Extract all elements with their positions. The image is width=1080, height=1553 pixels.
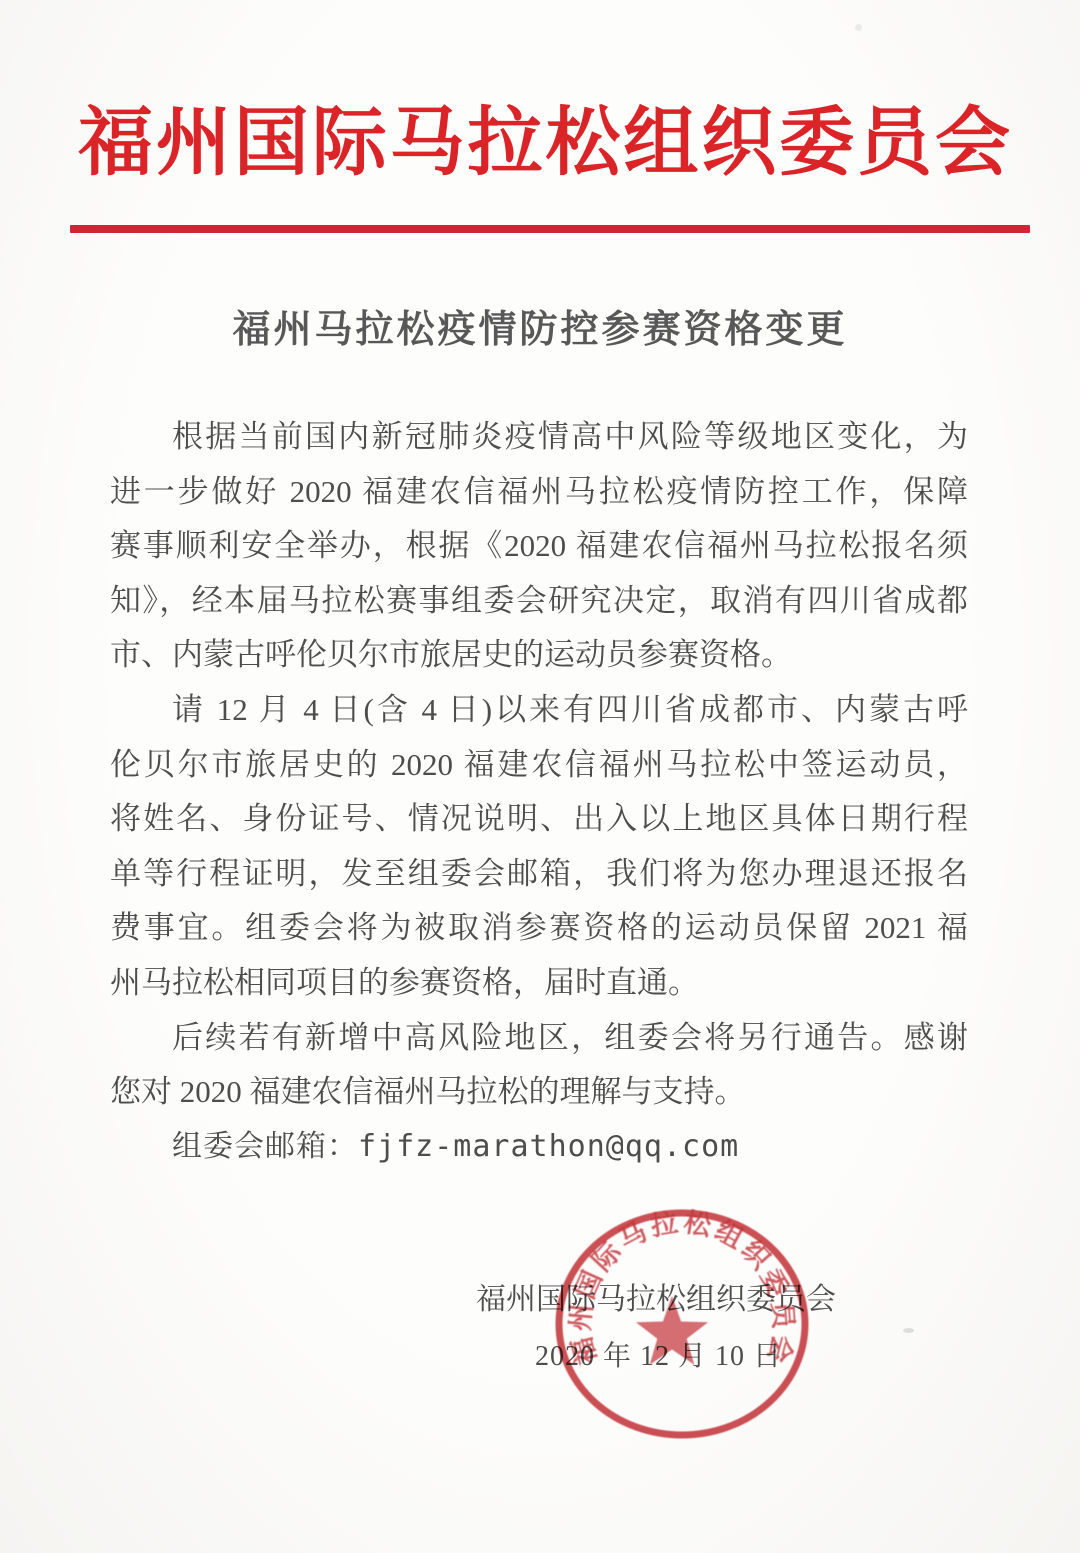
body-line: 根据当前国内新冠肺炎疫情高中风险等级地区变化，为: [110, 410, 968, 465]
body-line: 后续若有新增中高风险地区，组委会将另行通告。感谢: [110, 1011, 968, 1066]
body-line: 费事宜。组委会将为被取消参赛资格的运动员保留 2021 福: [110, 901, 968, 956]
body-line: 知》，经本届马拉松赛事组委会研究决定，取消有四川省成都: [110, 574, 968, 629]
body-line: 赛事顺利安全举办，根据《2020 福建农信福州马拉松报名须: [110, 519, 968, 574]
body-line: 伦贝尔市旅居史的 2020 福建农信福州马拉松中签运动员，: [110, 738, 968, 793]
body-line: 请 12 月 4 日(含 4 日)以来有四川省成都市、内蒙古呼: [110, 683, 968, 738]
body-line: 单等行程证明，发至组委会邮箱，我们将为您办理退还报名: [110, 847, 968, 902]
official-seal-stamp: 福州国际马拉松组织委员会: [552, 1206, 812, 1442]
page-title: 福州马拉松疫情防控参赛资格变更: [0, 298, 1080, 353]
body-line: 将姓名、身份证号、情况说明、出入以上地区具体日期行程: [110, 792, 968, 847]
body-line: 进一步做好 2020 福建农信福州马拉松疫情防控工作，保障: [110, 465, 968, 520]
scan-artifact: [903, 1328, 914, 1333]
letterhead-rule: [70, 225, 1030, 233]
document-page: 福州国际马拉松组织委员会 福州马拉松疫情防控参赛资格变更 根据当前国内新冠肺炎疫…: [0, 0, 1080, 1553]
email-line: 组委会邮箱：fjfz-marathon@qq.com: [110, 1120, 968, 1175]
document-body: 根据当前国内新冠肺炎疫情高中风险等级地区变化，为 进一步做好 2020 福建农信…: [110, 410, 968, 1174]
body-line: 市、内蒙古呼伦贝尔市旅居史的运动员参赛资格。: [110, 628, 968, 683]
letterhead-org-name: 福州国际马拉松组织委员会: [78, 96, 1010, 188]
body-line: 您对 2020 福建农信福州马拉松的理解与支持。: [110, 1065, 968, 1120]
body-line: 州马拉松相同项目的参赛资格，届时直通。: [110, 956, 968, 1011]
star-icon: [636, 1296, 708, 1365]
scan-artifact: [855, 24, 862, 31]
